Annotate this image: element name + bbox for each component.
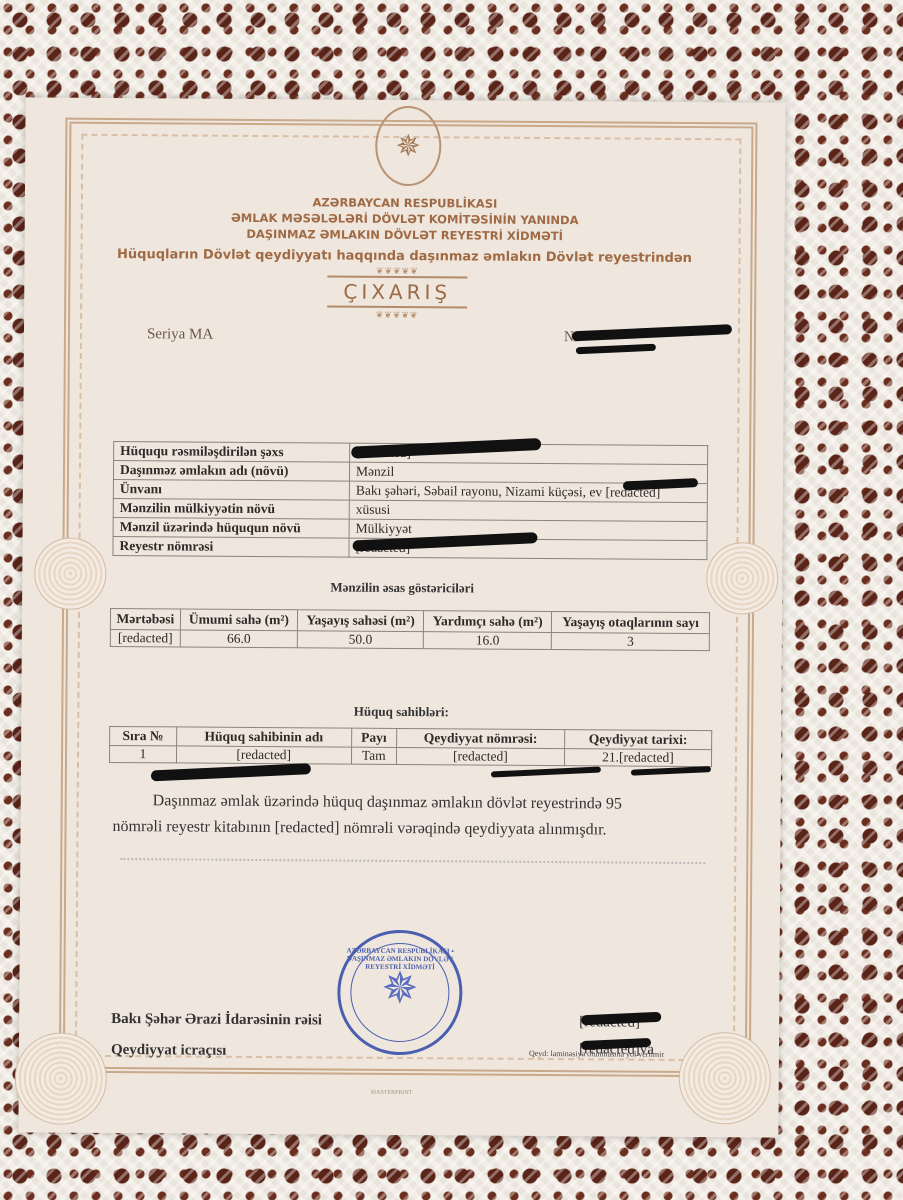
owner-cell: [redacted] [176,746,351,764]
rosette-ornament [34,537,107,610]
indicators-table: MərtəbəsiÜmumi sahə (m²)Yaşayış sahəsi (… [110,608,710,651]
owner-cell: [redacted] [396,747,564,765]
property-info-label: Daşınməz əmlakın adı (növü) [113,460,349,481]
indicator-header: Yaşayış sahəsi (m²) [297,610,423,632]
stamp-emblem-icon: ✵ [340,967,459,1012]
rosette-ornament [14,1032,107,1125]
owner-cell: 21.[redacted] [564,749,711,767]
owners-header: Qeydiyyat tarixi: [564,730,711,750]
indicator-value: [redacted] [110,629,180,646]
ornament-bottom: ❦❦❦❦❦ [342,310,452,319]
owner-cell: 1 [109,745,176,762]
official-stamp: AZƏRBAYCAN RESPUBLİKASI • DAŞINMAZ ƏMLAK… [337,930,463,1056]
property-info-value: xüsusi [349,500,707,521]
registrar-signature-label: Qeydiyyat icraçısı [111,1042,227,1060]
owners-header: Qeydiyyat nömrəsi: [396,728,564,748]
indicator-header: Mərtəbəsi [110,608,180,629]
rosette-ornament [706,542,779,615]
printer-mark: MASTERPRINT [371,1090,413,1096]
indicator-value: 50.0 [297,631,423,649]
property-info-label: Reyestr nömrəsi [113,536,349,557]
property-info-label: Mənzil üzərində hüququn növü [113,517,349,538]
indicator-value: 3 [551,633,709,651]
ornament-top: ❦❦❦❦❦ [342,266,452,275]
indicator-header: Yaşayış otaqlarının sayı [552,612,710,634]
series-label: Seriya MA [147,326,213,343]
owners-header: Hüquq sahibinin adı [176,727,351,747]
owners-header: Sıra № [110,726,177,745]
document-title: ÇIXARIŞ [327,275,467,308]
head-signature-label: Bakı Şəhər Ərazi İdarəsinin rəisi [111,1011,322,1029]
owner-cell: Tam [351,747,396,764]
property-info-label: Hüququ rəsmiləşdirilən şəxs [114,441,350,462]
property-info-label: Mənzilin mülkiyyətin növü [113,498,349,519]
indicator-header: Yardımçı sahə (m²) [424,611,552,633]
owner-row: 1[redacted]Tam[redacted]21.[redacted] [109,745,711,766]
rosette-ornament [678,1032,771,1125]
state-emblem-icon: ✵ [375,106,442,186]
certificate-document: ✵ AZƏRBAYCAN RESPUBLİKASI ƏMLAK MƏSƏLƏLƏ… [18,97,785,1137]
indicator-header: Ümumi sahə (m²) [180,609,297,631]
property-info-label: Ünvanı [113,479,349,500]
owners-table: Sıra №Hüquq sahibinin adıPayıQeydiyyat n… [109,726,712,767]
indicator-value: 16.0 [424,632,552,650]
indicator-value: 66.0 [180,630,297,648]
lamination-note: Qeyd: laminasiya olunmasına yol verilmir [529,1049,664,1059]
owners-header: Payı [351,728,396,747]
